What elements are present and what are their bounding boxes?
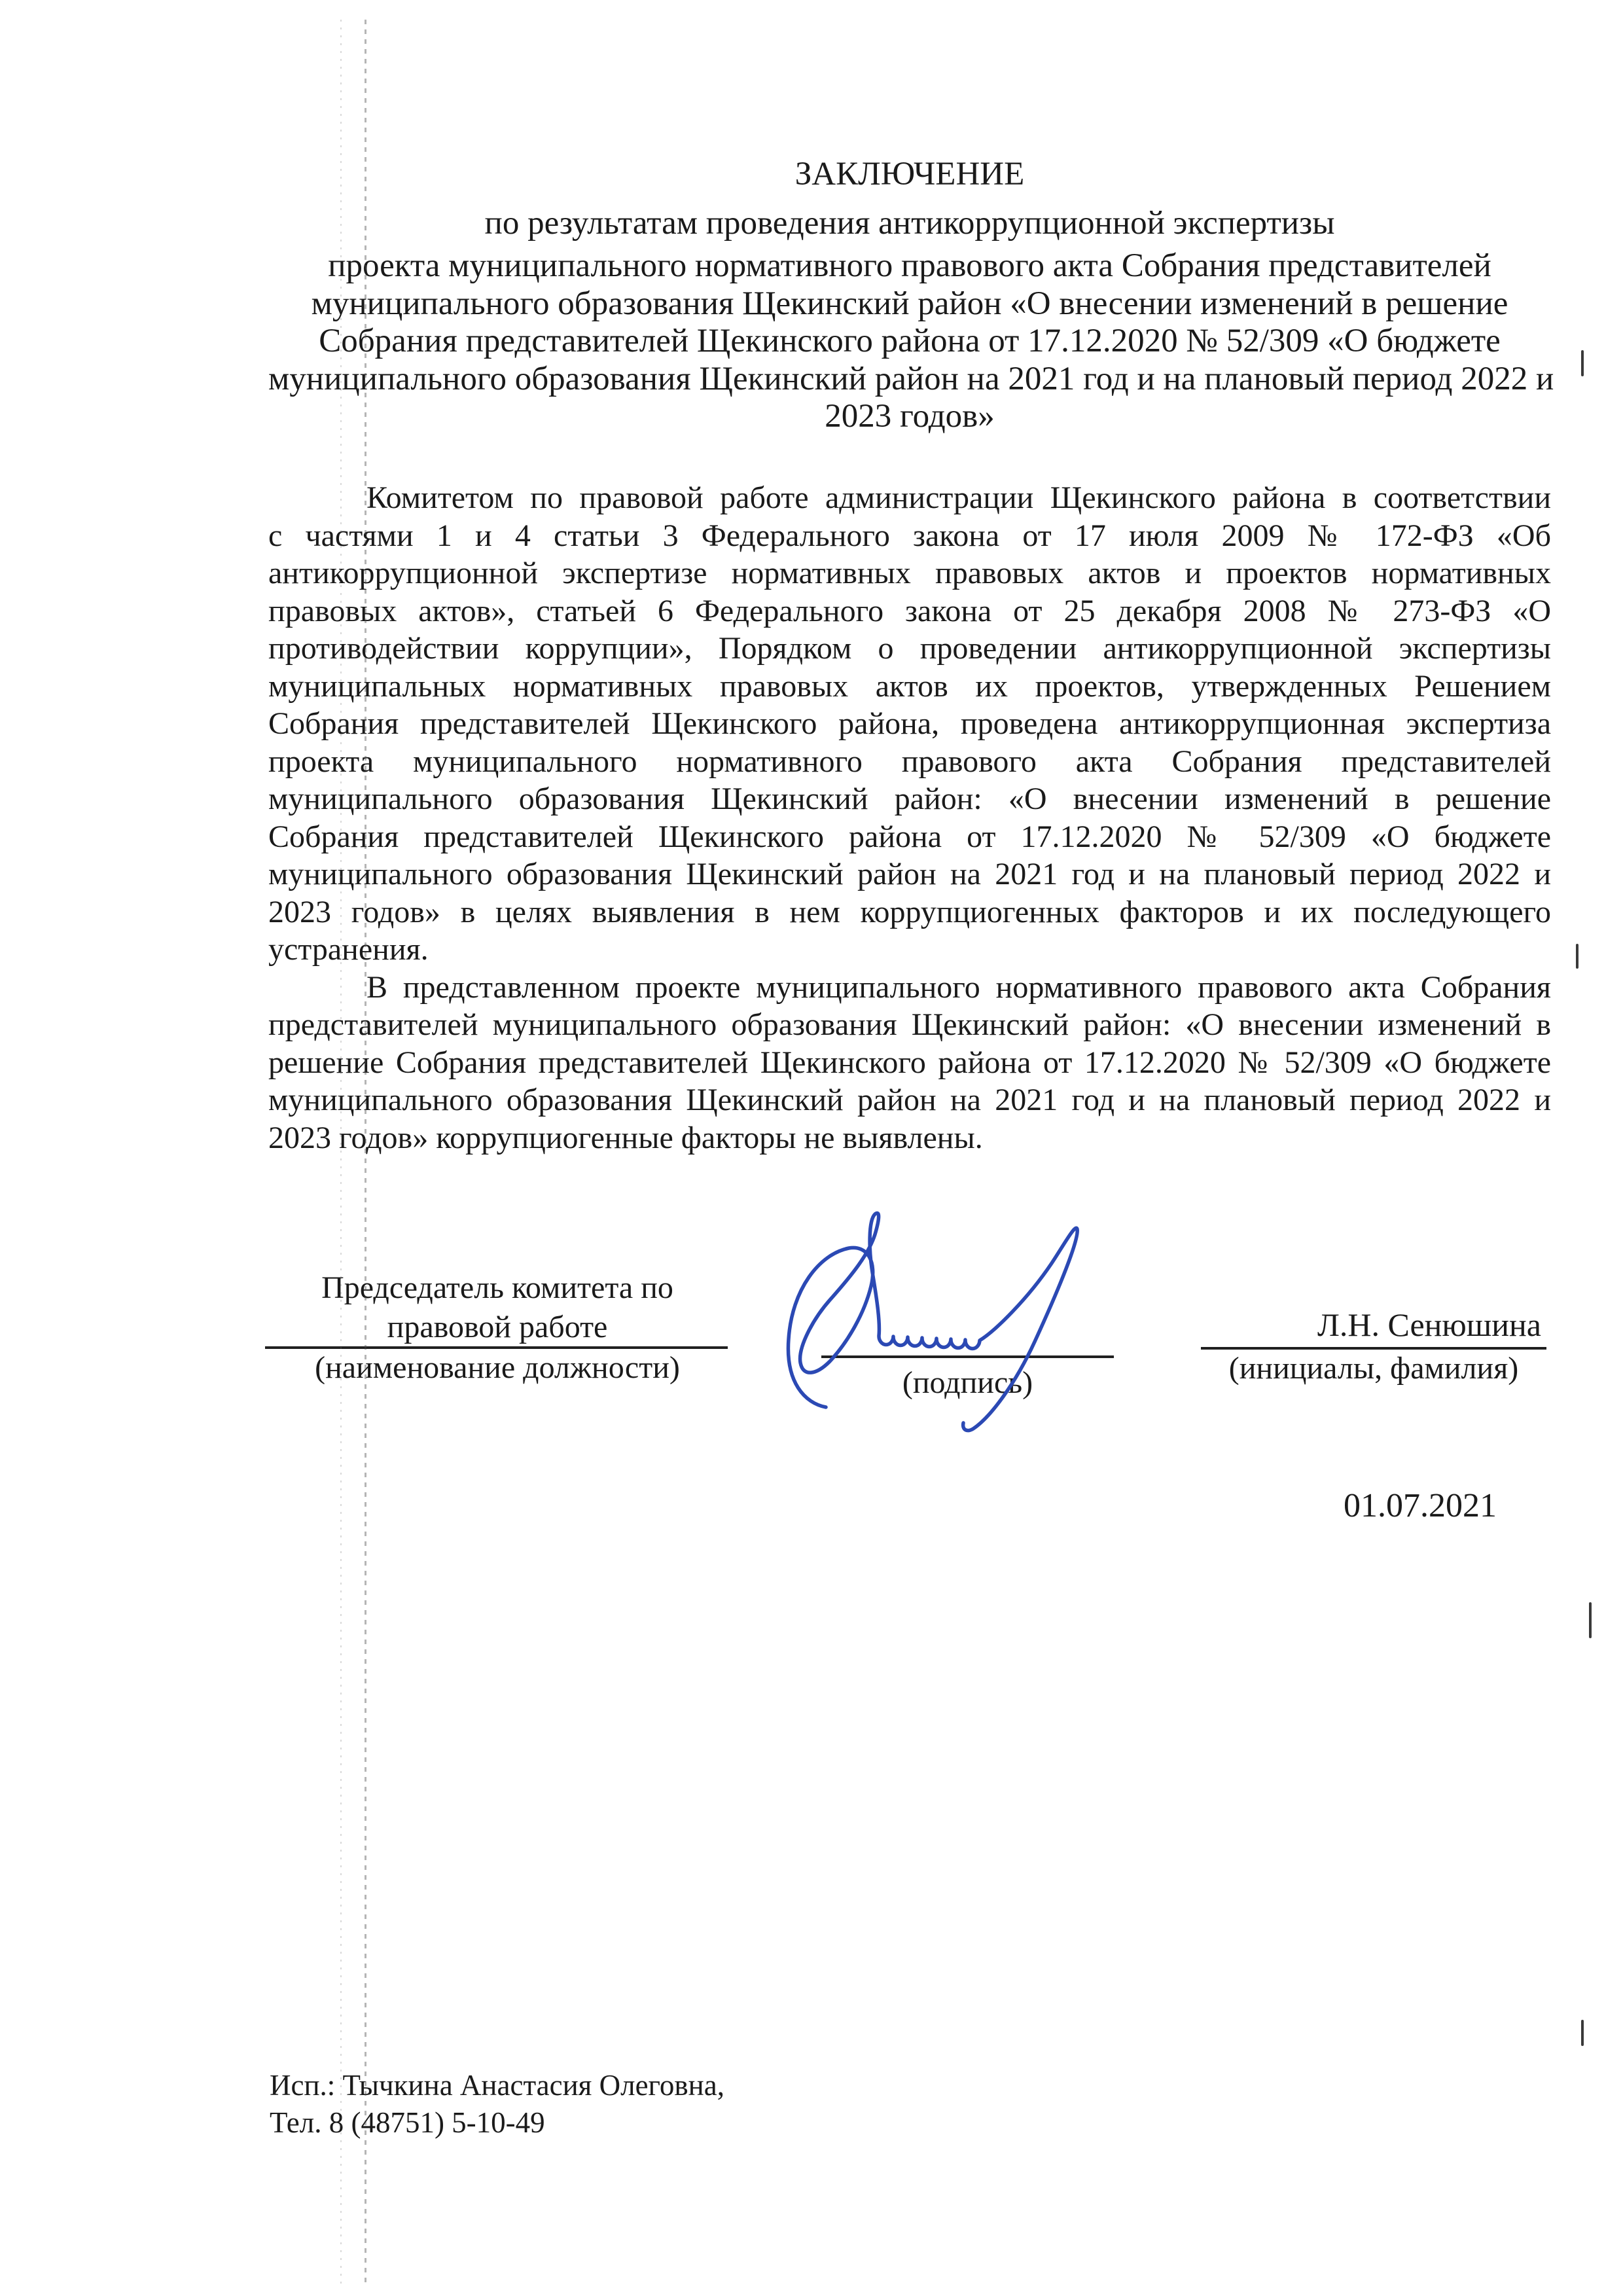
name-underline: [1201, 1347, 1546, 1350]
body-line: правовых актов», статьей 6 Федерального …: [268, 592, 1551, 630]
body-paragraph-2: В представленном проекте муниципального …: [268, 969, 1551, 1157]
body-line: муниципального образования Щекинский рай…: [268, 1081, 1551, 1119]
body-line: проекта муниципального нормативного прав…: [268, 743, 1551, 781]
signatory-name: Л.Н. Сенюшина: [1201, 1306, 1546, 1344]
subject-line: муниципального образования Щекинский рай…: [268, 285, 1551, 323]
body-line: муниципального образования Щекинский рай…: [268, 855, 1551, 893]
body-line: 2023 годов» коррупциогенные факторы не в…: [268, 1119, 1551, 1157]
document-subtitle: по результатам проведения антикоррупцион…: [268, 205, 1551, 243]
body-line: В представленном проекте муниципального …: [268, 969, 1551, 1007]
body-line: 2023 годов» в целях выявления в нем корр…: [268, 893, 1551, 931]
body-line: устранения.: [268, 931, 1551, 969]
executor-name: Исп.: Тычкина Анастасия Олеговна,: [270, 2067, 859, 2104]
executor-phone: Тел. 8 (48751) 5-10-49: [270, 2104, 859, 2142]
subject-line: проекта муниципального нормативного прав…: [268, 247, 1551, 285]
handwritten-signature-ink: [753, 1198, 1119, 1446]
body-line: Собрания представителей Щекинского район…: [268, 818, 1551, 856]
scan-artifact-dashed-line: [365, 20, 366, 2284]
body-line: муниципальных нормативных правовых актов…: [268, 668, 1551, 706]
document-date: 01.07.2021: [1226, 1486, 1497, 1526]
body-line: с частями 1 и 4 статьи 3 Федерального за…: [268, 517, 1551, 555]
document-body: Комитетом по правовой работе администрац…: [268, 479, 1551, 1157]
document-subject: проекта муниципального нормативного прав…: [268, 247, 1551, 436]
subject-line: Собрания представителей Щекинского район…: [268, 323, 1551, 361]
scanned-document-page: { "title": { "lines": [ "ЗАКЛЮЧЕНИЕ", "п…: [0, 0, 1623, 2296]
body-line: муниципального образования Щекинский рай…: [268, 780, 1551, 818]
position-line: Председатель комитета по: [268, 1268, 726, 1308]
subject-line: 2023 годов»: [268, 398, 1551, 436]
scan-artifact-tick: [1581, 2020, 1584, 2046]
scan-artifact-tick: [1581, 350, 1584, 376]
body-paragraph-1: Комитетом по правовой работе администрац…: [268, 479, 1551, 969]
scan-artifact-dotted-line: [340, 20, 342, 2284]
body-line: представителей муниципального образовани…: [268, 1006, 1551, 1044]
signatory-position: Председатель комитета по правовой работе: [268, 1268, 726, 1347]
position-caption: (наименование должности): [268, 1350, 726, 1386]
body-line: решение Собрания представителей Щекинско…: [268, 1044, 1551, 1082]
position-underline: [265, 1346, 728, 1349]
body-line: Собрания представителей Щекинского район…: [268, 705, 1551, 743]
name-caption: (инициалы, фамилия): [1201, 1350, 1546, 1386]
position-line: правовой работе: [268, 1308, 726, 1347]
document-title: ЗАКЛЮЧЕНИЕ: [268, 156, 1551, 194]
body-line: противодействии коррупции», Порядком о п…: [268, 630, 1551, 668]
body-line: антикоррупционной экспертизе нормативных…: [268, 554, 1551, 592]
scan-artifact-tick: [1576, 944, 1578, 969]
scan-artifact-tick: [1589, 1602, 1592, 1638]
body-line: Комитетом по правовой работе администрац…: [268, 479, 1551, 517]
executor-footer: Исп.: Тычкина Анастасия Олеговна, Тел. 8…: [270, 2067, 859, 2142]
signature-stroke: [788, 1213, 1077, 1431]
subject-line: муниципального образования Щекинский рай…: [268, 361, 1551, 399]
